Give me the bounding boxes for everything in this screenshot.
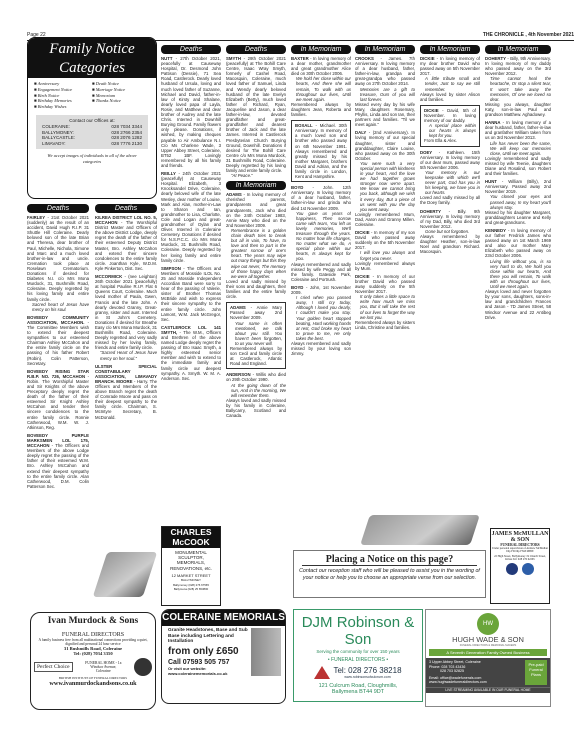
notice-signoff: Missed every day by his wife Mary, daugh… (355, 102, 415, 127)
crest-icon (506, 563, 518, 575)
notice-signoff: Always remembered by daughter Heather, s… (420, 234, 480, 254)
notice-signoff: Remembered always by son Cecil and famil… (230, 346, 282, 366)
ad-ivan-murdock: Ivan Murdock & Sons FUNERAL DIRECTORS A … (30, 612, 156, 710)
text: - Robin. The Worshipful Master and Sir K… (27, 374, 89, 430)
notice-entry: BAXTER - In loving memory of a dear moth… (291, 56, 351, 117)
notice-signoff: Lovingly remembered and sadly missed by … (485, 156, 551, 176)
text: Contact our reception staff who will be … (294, 568, 485, 582)
notice-signoff: Lovingly remembered always by Mum. (355, 261, 415, 271)
notice-signoff: Remembered always by daughters Jean, Rob… (291, 102, 351, 117)
notice-verse: A little tribute small and tender, Just … (420, 76, 480, 91)
notice-verse: You were such a very special person with… (355, 161, 415, 212)
notice-verse: Memories are a gift to treasure, Ours of… (355, 87, 415, 102)
text: Under personal supervision of Andrew McM… (491, 547, 549, 554)
notice-signoff: Lovingly remembered Mum, Dad, Aaron and … (355, 212, 415, 227)
paper-title-date: THE CHRONICLE , 4th November 2021 (483, 32, 574, 38)
text: Ballymena (028) 25 653800 (162, 587, 220, 591)
notice-entry: ANDERSON - Willis who died on 29th Octob… (226, 372, 286, 418)
notice-entry: DOEY - Kathleen. 15th Anniversary. In lo… (420, 150, 480, 206)
notice-entry: BOVEEDY COMMUNITY ASSOCIATION, MCCAHON. … (27, 315, 89, 366)
notice-signoff: Always loved and sadly missed by his fam… (226, 398, 286, 418)
family-notice-categories: Family NoticeCategories AnniversaryDeath… (27, 37, 157, 199)
text: Ballymena BT44 9DT (294, 689, 422, 695)
notice-signoff: Missed by his daughter Margaret, grandda… (485, 210, 551, 225)
notice-verse: It only takes a little space to write ho… (355, 294, 415, 319)
ad-hugh-wade: HW HUGH WADE & SON FUNERAL DIRECTORS & M… (425, 609, 551, 707)
notice-signoff: Always remembered and sadly missed by wi… (291, 262, 351, 282)
notice-entry: NUTT - 27th October 2021, peacefully at … (161, 56, 221, 168)
text: Tel: 028 276 38218 (333, 666, 401, 675)
text: 028 703 52825 (429, 669, 487, 674)
section-header-memoriam: In Memoriam (226, 181, 286, 190)
text: FUNERAL HOME - 1a Windsor Avenue, Colera… (83, 661, 123, 673)
column-deaths-3: Deaths NUTT - 27th October 2021, peacefu… (161, 45, 221, 531)
hugh-wade-logo: HW (477, 613, 499, 635)
notice-verse: You gave us years of happiness, Then sor… (291, 211, 351, 262)
office-row: LIMAVADY:028 7776 2130 (42, 141, 142, 147)
category-item: Thanks Notice (92, 98, 150, 104)
notice-signoff: Loved and sadly missed by all the Doey f… (420, 195, 480, 205)
text: McCOOK (162, 538, 220, 548)
notice-verse: You closed your eyes and passed away, In… (485, 194, 551, 209)
notice-verse: Your memory is our keepsake with which w… (420, 170, 480, 195)
notice-entry: KILREA DISTRICT LOL NO. 5, MCCAHON - The… (95, 215, 157, 271)
text: - 27th October 2021, peacefully at Cause… (161, 56, 221, 168)
notice-name: BOVEEDY RISING STAR R.B.P. NO. 726, MCCA… (27, 369, 89, 379)
text: Granite Headstones, Base and Sub Base in… (168, 628, 253, 645)
notice-entry: SMYTH - 29th October 2021 (peacefully) a… (226, 56, 286, 178)
text: Contact our Offices at: (42, 118, 142, 124)
notice-entry: DICKIE - In memory of our brother David … (355, 274, 415, 330)
text: - The W.M., Officers and Brethren of the… (161, 330, 221, 381)
warning-triangle-icon (314, 666, 330, 679)
crest-icon (134, 658, 152, 676)
text: - The Officers and Members of the above … (27, 443, 89, 489)
notice-signoff: Always remembered and sadly missed by yo… (291, 341, 351, 356)
column-deaths-4: Deaths SMYTH - 29th October 2021 (peacef… (226, 45, 286, 585)
notice-verse: Remembrance is a golden chain death trie… (226, 228, 286, 279)
text: FUNERAL DIRECTORS & MEMORIAL MAKERS (426, 644, 550, 647)
column-memoriam-5: In Memoriam BAXTER - In loving memory of… (291, 45, 351, 505)
text: - James. 7th Anniversary. In loving memo… (355, 56, 415, 86)
saif-icon (522, 563, 534, 575)
section-header-deaths: Deaths (161, 45, 221, 54)
notice-entry: DALY - (2nd Anniversary). In loving memo… (355, 130, 415, 227)
column-memoriam-8: In Memoriam DOHERTY - Billy, 9th Anniver… (485, 45, 551, 500)
section-header-memoriam: In Memoriam (355, 45, 415, 54)
notice-verse: Sacred heart of Jesus have mercy on his … (27, 302, 89, 312)
notice-entry: DOHERTY - Billy. 9th Anniversary. In lov… (420, 209, 480, 255)
text: - The Officers and Members of Mosside IL… (161, 266, 221, 322)
text: • FUNERAL DIRECTORS • (294, 657, 422, 663)
text: 3 Upper Abbey Street, Coleraine (429, 660, 487, 665)
text: Categories (28, 59, 156, 78)
section-header-memoriam: In Memoriam (485, 45, 551, 54)
text: RENOVATIONS, etc. (162, 566, 220, 571)
notice-entry: ADAMS - In loving memory of cherished pa… (226, 192, 286, 299)
text: DJM Robinson & Son (294, 614, 422, 648)
headstone-image (251, 628, 281, 676)
notice-verse: "Sacred Heart of Jesus have mercy on her… (95, 350, 157, 360)
text: Pre-paid Funeral Plans (525, 660, 547, 685)
notice-entry: DICKIE - In memory of my son David who p… (355, 230, 415, 271)
notice-entry: ADAMS - Annie Mary Passed away 2nd Novem… (226, 302, 286, 369)
notice-verse: Living life without you, is so very hard… (485, 259, 551, 290)
text: Tel: (028) 7034 3350 (34, 651, 152, 656)
notice-signoff: Loved and sadly missed by their sons and… (226, 279, 286, 299)
notice-entry: REILLY - 24th October 2021 (peacefully) … (161, 171, 221, 263)
notice-verse: "At Peace." (226, 173, 286, 178)
text: - 21st October 2021 (suddenly) as the re… (27, 215, 89, 302)
notice-entry: SIMPSON - The Officers and Members of Mo… (161, 266, 221, 322)
text: - In loving memory of our father Fredric… (485, 228, 551, 258)
text: - 24th October 2021 (peacefully) at Caus… (161, 171, 221, 263)
notice-entry: DICKIE - David, 5th of November. In lovi… (420, 105, 480, 147)
text: - The Worshipful District Master and Off… (95, 220, 157, 271)
text: A family business free from all multinat… (34, 638, 152, 646)
text: LIMAVADY: (42, 141, 66, 147)
text: - Harry. The Officers and Members of the… (95, 379, 157, 420)
text: BALLYMONEY (162, 578, 220, 582)
category-item: Birthday Wishes (34, 104, 92, 110)
text: www.robinsonsofculcrum.com (333, 675, 401, 679)
categories-title: Family NoticeCategories (28, 38, 156, 78)
notice-entry: BOYD - John. 12th Anniversary. In loving… (291, 185, 351, 282)
accept-images-note: We accept images of individuals in all o… (28, 151, 156, 166)
contact-offices: Contact our Offices at: COLERAINE:028 70… (36, 115, 148, 150)
column-deaths-2: Deaths KILREA DISTRICT LOL NO. 5, MCCAHO… (95, 204, 157, 504)
notice-verse: At the going down of the sun, And in the… (226, 383, 286, 398)
section-header-deaths: Deaths (226, 45, 286, 54)
ad-coleraine-memorials: COLERAINE MEMORIALS Granite Headstones, … (161, 609, 286, 704)
ad-placing-notice: Placing a Notice on this page? Contact o… (293, 550, 486, 598)
notice-signoff: Always loved by sister Alison and famili… (420, 92, 480, 102)
notice-signoff: From Ella & Alex. (424, 138, 476, 143)
notice-signoff: Missing you always, daughter Katy, son-i… (485, 102, 551, 117)
notice-signoff: Remembered always by sisters Linda, Chri… (355, 320, 415, 330)
text: Family Notice (28, 40, 156, 59)
notice-verse: A special place within our hearts is alw… (424, 123, 476, 138)
text: Perfect Choice (34, 662, 73, 672)
notice-entry: HANNA - In loving memory of a dear husba… (485, 120, 551, 176)
text: - In loving memory of cherished parents,… (226, 192, 286, 228)
text: Placing a Notice on this page? (302, 554, 477, 566)
notice-entry: CASTLEROCK LOL 141 SMYTH, - The W.M., Of… (161, 325, 221, 381)
notice-verse: I will love you always and forget you ne… (355, 250, 415, 260)
notice-name: BOVEEDY COMMUNITY ASSOCIATION, MCCAHON. (27, 315, 89, 325)
section-header-deaths: Deaths (95, 204, 157, 213)
column-memoriam-6: In Memoriam CROOKS - James. 7th Annivers… (355, 45, 415, 515)
notice-verse: Life has never been the same, We will ke… (485, 141, 551, 156)
text: 22 High Street, Ballymoney 19 Church Str… (491, 555, 549, 562)
murdock-website[interactable]: www.ivanmurdockandsons.co.uk (34, 680, 152, 687)
text: LIVE STREAMING AVAILABLE IN OUR FUNERAL … (426, 687, 550, 693)
notice-verse: I cried when you passed away, I still cr… (291, 295, 351, 341)
text: - 29th October 2021 (peacefully) at The … (226, 56, 286, 173)
text: Ivan Murdock & Sons (34, 616, 152, 626)
column-memoriam-7: In Memoriam DICKIE - In loving memory of… (420, 45, 480, 515)
notice-entry: BOVEEDY RISING STAR R.B.P. NO. 726, MCCA… (27, 369, 89, 430)
notice-verse: Your name is often mentioned, we talk ab… (230, 321, 282, 346)
notice-entry: FAIRLEY - 21st October 2021 (suddenly) a… (27, 215, 89, 312)
notice-entry: HUNT - William (Billy), 2nd Anniversary.… (485, 179, 551, 225)
ad-charles-mccook: CHARLESMcCOOK MONUMENTALSCULPTOR,MEMORIA… (161, 526, 221, 606)
ad-james-mcmullan: JAMES McMULLAN & SON FUNERAL DIRECTORS U… (490, 528, 550, 604)
text: COLERAINE MEMORIALS (162, 610, 285, 626)
section-header-deaths: Deaths (27, 204, 89, 213)
text: - (2nd Anniversary). In loving memory of… (355, 130, 415, 160)
notice-entry: BOYD - John, 1st November 2009.I cried w… (291, 285, 351, 356)
text: www.hughwadefuneraldirectors.com (429, 680, 487, 685)
notice-entry: BOXALL - Michael. 30th Anniversary. In m… (291, 120, 351, 182)
text: A Seventh Generation Family Owned Busine… (429, 649, 547, 656)
column-deaths-1: Deaths FAIRLEY - 21st October 2021 (sudd… (27, 204, 89, 504)
text: HUGH WADE & SON (426, 635, 550, 644)
text: - The Committee Members wish to extend t… (27, 320, 89, 366)
text: - (nee Leighton) 26th October 2021 (peac… (95, 274, 157, 350)
bible-illustration (360, 515, 480, 545)
notice-entry: CROOKS - James. 7th Anniversary. In lovi… (355, 56, 415, 127)
category-list: AnniversaryDeath NoticeEngagement Notice… (28, 78, 156, 113)
notice-entry: MCCORMICK - (nee Leighton) 26th October … (95, 274, 157, 361)
text: - Michael. 30th Anniversary. In memory o… (295, 123, 347, 179)
ad-djm-robinson: DJM Robinson & Son Serving the community… (293, 609, 423, 702)
office-phone[interactable]: 028 7776 2130 (111, 141, 142, 147)
notice-entry: ULSTER SPECIAL CONSTABULARY ASSOCIATION,… (95, 364, 157, 420)
notice-entry: BOVEEDY PURPLE MARKSMEN LOL 175, MCCAHON… (27, 433, 89, 489)
notice-verse: We hold her close within our hearts, And… (291, 76, 351, 101)
bible-illustration (93, 552, 158, 597)
text: Serving the community for over 150 years (294, 649, 422, 654)
section-header-memoriam: In Memoriam (291, 45, 351, 54)
notice-signoff: Always loved and never forgotten by your… (485, 289, 551, 320)
notice-entry: DOHERTY - Billy, 9th Anniversary. In lov… (485, 56, 551, 117)
notice-verse: Time cannot heal the heartache, Or stop … (485, 76, 551, 101)
section-header-memoriam: In Memoriam (420, 45, 480, 54)
notice-entry: KENNEDY - In loving memory of our father… (485, 228, 551, 320)
notice-entry: DICKIE - In loving memory of my dear bro… (420, 56, 480, 102)
